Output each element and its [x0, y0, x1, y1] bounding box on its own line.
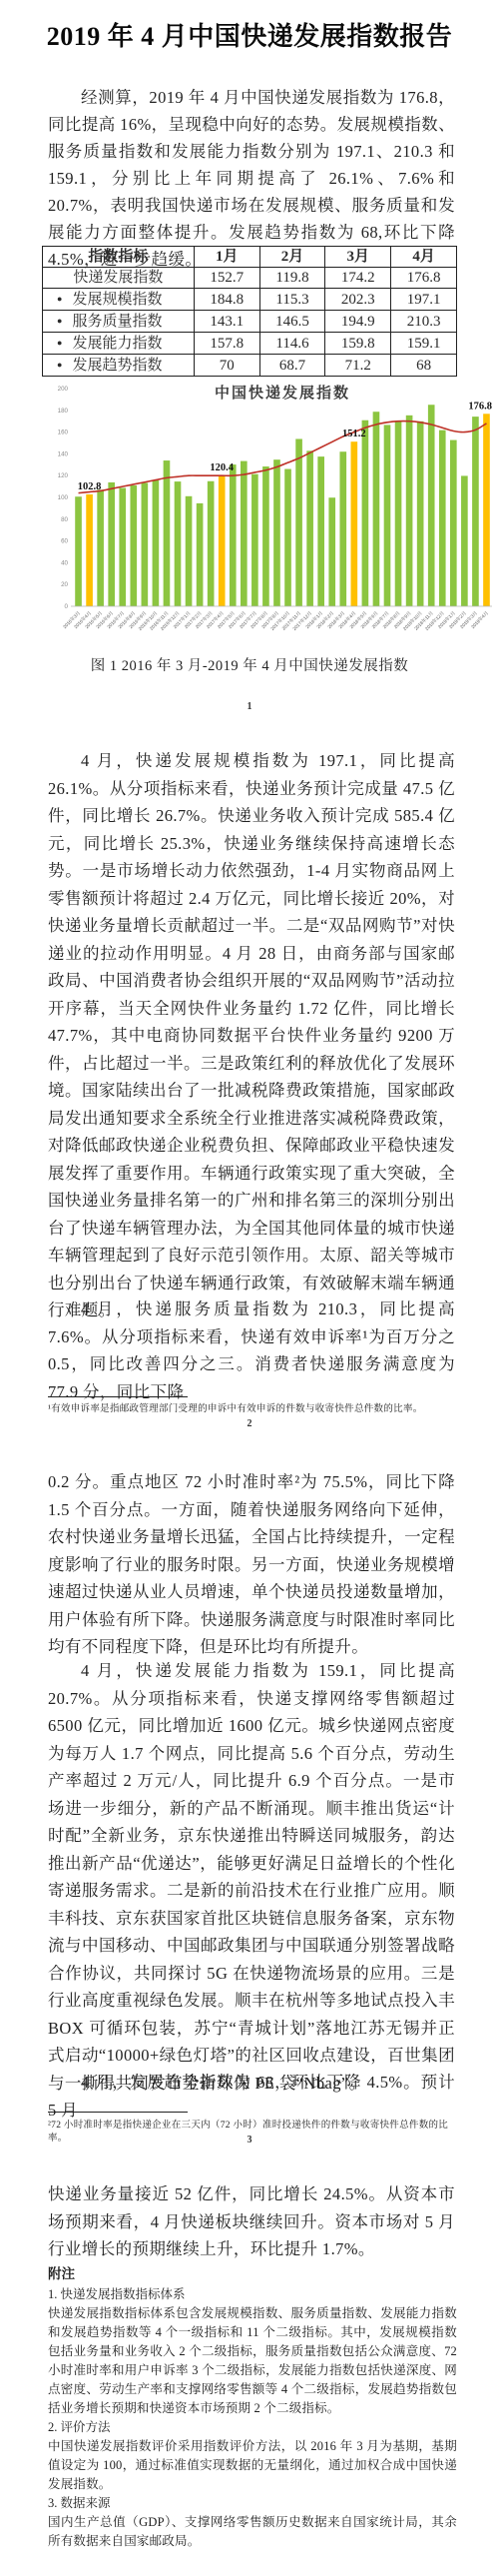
row-label: ●服务质量指数	[43, 311, 195, 333]
chart-bar-2018年11月	[428, 405, 435, 606]
index-table-body: 快递发展指数152.7119.8174.2176.8●发展规模指数184.811…	[43, 268, 457, 377]
row-label: ●发展规模指数	[43, 289, 195, 311]
row-value: 115.3	[259, 289, 325, 311]
row-value: 68.7	[259, 355, 325, 377]
y-axis-tick: 40	[61, 559, 68, 566]
chart-bar-2019年4月	[483, 414, 490, 606]
chart-bar-2018年5月	[362, 421, 369, 606]
chart-bar-2016年4月	[86, 494, 93, 606]
capability-index-paragraph: 4 月，快递发展能力指数为 159.1，同比提高 20.7%。从分项指标来看，快…	[48, 1657, 455, 2097]
development-index-chart: 0204060801001201401601802002016年3月2016年4…	[46, 381, 497, 646]
bullet-icon: ●	[57, 338, 62, 348]
y-axis-tick: 160	[58, 429, 69, 436]
row-label: 快递发展指数	[43, 268, 195, 289]
chart-title: 中国快递发展指数	[215, 384, 350, 402]
row-value: 194.9	[325, 311, 391, 333]
figure-caption: 图 1 2016 年 3 月-2019 年 4 月中国快递发展指数	[0, 654, 499, 675]
chart-bar-2017年1月	[186, 496, 193, 606]
footnote-divider-1	[48, 1396, 188, 1397]
note-title-3: 3. 数据来源	[48, 2494, 457, 2513]
table-row: ●发展能力指数157.8114.6159.8159.1	[43, 333, 457, 355]
service-quality-paragraph-part2: 0.2 分。重点地区 72 小时准时率²为 75.5%，同比下降 1.5 个百分…	[48, 1468, 455, 1661]
chart-bar-2018年12月	[439, 430, 446, 606]
service-quality-paragraph-part1: 4 月，快递服务质量指数为 210.3，同比提高 7.6%。从分项指标来看，快递…	[48, 1295, 455, 1405]
notes-items: 1. 快递发展指数指标体系快递发展指数指标体系包含发展规模指数、服务质量指数、发…	[48, 2285, 457, 2551]
chart-bar-2018年7月	[384, 425, 391, 606]
data-label-102.8: 102.8	[78, 481, 102, 492]
chart-bar-2016年7月	[119, 488, 126, 606]
bullet-icon: ●	[57, 360, 62, 370]
row-value: 176.8	[391, 268, 457, 289]
bullet-icon: ●	[57, 316, 62, 326]
scale-index-paragraph: 4 月，快递发展规模指数为 197.1，同比提高 26.1%。从分项指标来看，快…	[48, 747, 455, 1324]
table-header-0: 指数指标	[43, 247, 195, 268]
row-value: 143.1	[194, 311, 259, 333]
row-value: 210.3	[391, 311, 457, 333]
table-row: ●服务质量指数143.1146.5194.9210.3	[43, 311, 457, 333]
page-number-2: 2	[0, 1418, 499, 1429]
notes-section: 附注 1. 快递发展指数指标体系快递发展指数指标体系包含发展规模指数、服务质量指…	[48, 2263, 457, 2551]
chart-bar-2018年2月	[328, 497, 335, 606]
chart-bar-2018年9月	[406, 416, 413, 606]
y-axis-tick: 20	[61, 581, 68, 588]
footnote-1: ¹有效申诉率是指邮政管理部门受理的申诉中有效申诉的件数与收寄快件总件数的比率。	[48, 1403, 455, 1416]
data-label-151.2: 151.2	[342, 429, 366, 439]
chart-bar-2018年1月	[317, 456, 324, 606]
table-header-2: 2月	[259, 247, 325, 268]
note-body-2: 中国快递发展指数评价采用指数评价方法，以 2016 年 3 月为基期，基期值设定…	[48, 2437, 457, 2494]
y-axis-tick: 0	[65, 603, 69, 610]
chart-bar-2019年1月	[450, 440, 457, 606]
row-value: 152.7	[194, 268, 259, 289]
chart-bar-2016年5月	[97, 489, 104, 606]
chart-bar-2017年5月	[230, 464, 237, 606]
trend-line	[79, 422, 487, 493]
row-value: 184.8	[194, 289, 259, 311]
row-value: 197.1	[391, 289, 457, 311]
y-axis-tick: 180	[58, 408, 69, 415]
y-axis-tick: 120	[58, 472, 69, 479]
chart-bar-2017年10月	[284, 469, 291, 606]
table-row: ●发展规模指数184.8115.3202.3197.1	[43, 289, 457, 311]
chart-bar-2016年12月	[175, 481, 182, 606]
report-title: 2019 年 4 月中国快递发展指数报告	[0, 16, 499, 53]
row-value: 146.5	[259, 311, 325, 333]
index-table: 指数指标1月2月3月4月 快递发展指数152.7119.8174.2176.8●…	[42, 246, 457, 377]
row-value: 159.8	[325, 333, 391, 355]
table-header-3: 3月	[325, 247, 391, 268]
row-value: 159.1	[391, 333, 457, 355]
table-header-4: 4月	[391, 247, 457, 268]
y-axis-tick: 200	[58, 386, 69, 393]
note-body-1: 快递发展指数指标体系包含发展规模指数、服务质量指数、发展能力指数和发展趋势指数等…	[48, 2304, 457, 2418]
chart-bar-2017年12月	[306, 450, 313, 606]
y-axis-tick: 100	[58, 494, 69, 501]
chart-bar-2017年11月	[295, 438, 302, 606]
row-value: 174.2	[325, 268, 391, 289]
chart-bar-2016年6月	[108, 482, 115, 606]
page-number-3: 3	[0, 2135, 499, 2146]
index-table-header: 指数指标1月2月3月4月	[43, 247, 457, 268]
y-axis-tick: 140	[58, 450, 69, 457]
chart-bar-2017年6月	[241, 461, 248, 606]
table-row: 快递发展指数152.7119.8174.2176.8	[43, 268, 457, 289]
row-value: 157.8	[194, 333, 259, 355]
chart-bar-2016年9月	[142, 482, 149, 606]
intro-paragraph: 经测算，2019 年 4 月中国快递发展指数为 176.8，同比提高 16%，呈…	[48, 84, 455, 273]
row-label: ●发展能力指数	[43, 333, 195, 355]
bullet-icon: ●	[57, 294, 62, 304]
row-value: 114.6	[259, 333, 325, 355]
trend-index-paragraph-part1: 4 月，发展趋势指数为 68，环比下降 4.5%。预计 5 月	[48, 2069, 455, 2124]
table-row: ●发展趋势指数7068.771.268	[43, 355, 457, 377]
chart-bar-2018年4月	[351, 441, 358, 606]
chart-bar-2016年8月	[130, 485, 137, 606]
row-value: 202.3	[325, 289, 391, 311]
note-title-2: 2. 评价方法	[48, 2418, 457, 2437]
row-value: 70	[194, 355, 259, 377]
chart-bar-2016年10月	[153, 480, 160, 606]
row-label: ●发展趋势指数	[43, 355, 195, 377]
y-axis-tick: 80	[61, 516, 68, 523]
chart-bar-2017年8月	[262, 466, 269, 606]
data-label-120.4: 120.4	[210, 462, 234, 473]
chart-bar-2019年2月	[461, 475, 468, 606]
y-axis-tick: 60	[61, 538, 68, 545]
trend-index-paragraph-part2: 快递业务量接近 52 亿件，同比增长 24.5%。从资本市场预期来看，4 月快递…	[48, 2180, 455, 2263]
chart-bar-2017年2月	[197, 503, 204, 606]
chart-bar-2017年9月	[273, 459, 280, 606]
chart-bar-2018年6月	[373, 412, 380, 606]
page-number-1: 1	[0, 701, 499, 712]
chart-bar-2019年3月	[472, 417, 479, 606]
note-body-3: 国内生产总值（GDP）、支撑网络零售额历史数据来自国家统计局，其余所有数据来自国…	[48, 2513, 457, 2551]
chart-bar-2018年3月	[339, 451, 346, 606]
row-value: 119.8	[259, 268, 325, 289]
chart-bar-2018年10月	[417, 422, 424, 606]
chart-bar-2017年7月	[251, 474, 258, 606]
row-value: 68	[391, 355, 457, 377]
chart-svg: 0204060801001201401601802002016年3月2016年4…	[46, 381, 497, 646]
note-title-1: 1. 快递发展指数指标体系	[48, 2285, 457, 2304]
chart-bar-2016年3月	[75, 496, 82, 606]
chart-bar-2017年4月	[219, 475, 226, 606]
chart-bar-2017年3月	[208, 481, 215, 606]
data-label-176.8: 176.8	[468, 401, 492, 412]
chart-bar-2016年11月	[164, 460, 171, 606]
chart-bar-2018年8月	[395, 422, 402, 606]
footnote-divider-2	[48, 2112, 188, 2113]
notes-heading: 附注	[48, 2263, 457, 2285]
table-header-1: 1月	[194, 247, 259, 268]
row-value: 71.2	[325, 355, 391, 377]
